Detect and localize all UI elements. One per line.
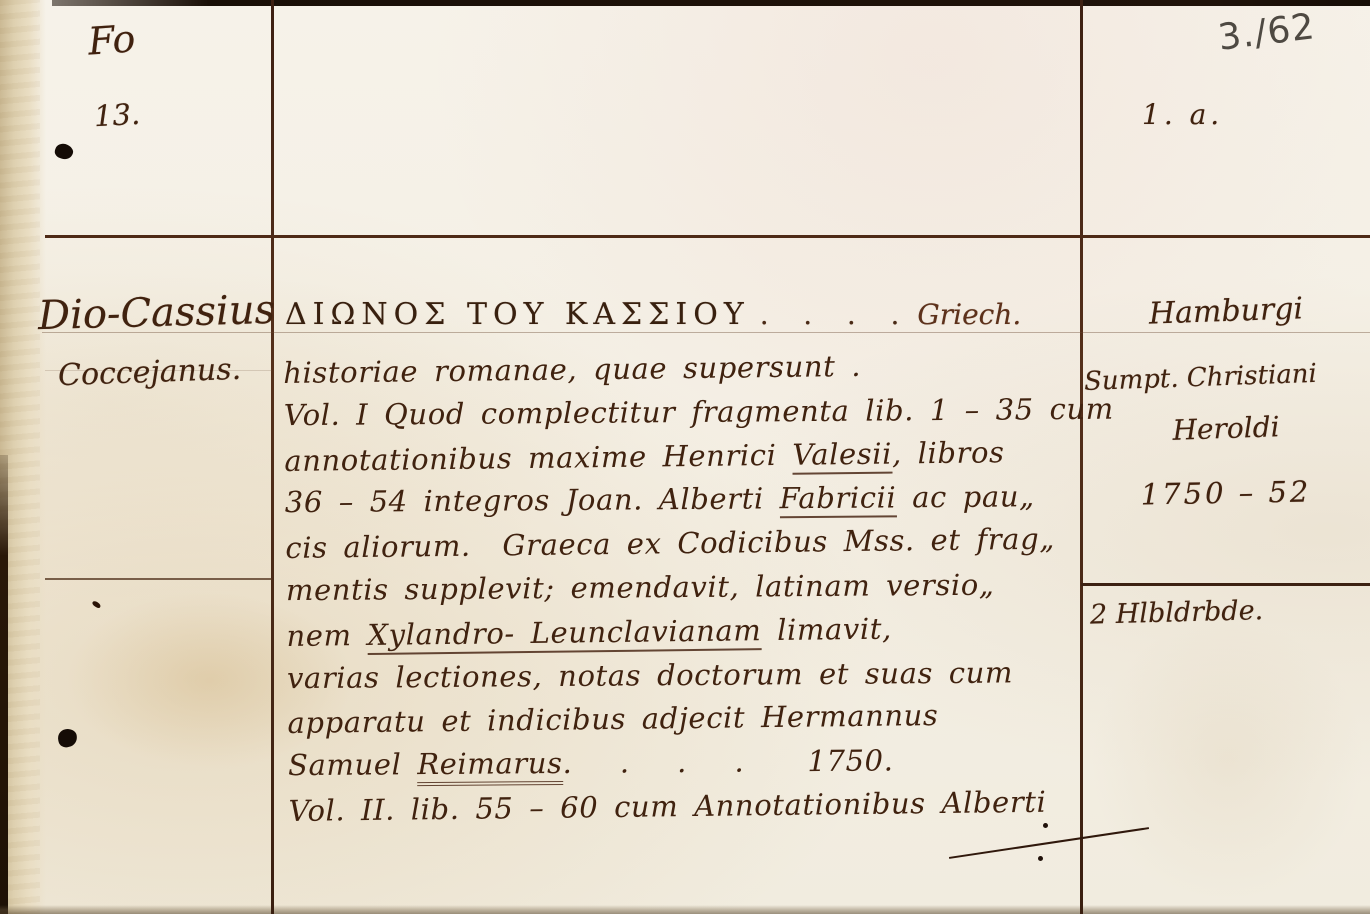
imprint-publisher-name: Heroldi [1082,407,1370,450]
entry-line: Samuel Reimarus. . . . 1750. [288,738,1118,788]
entry-line: mentis supplevit; emendavit, latinam ver… [286,563,1116,613]
entry-line: varias lectiones, notas doctorum et suas… [287,650,1117,700]
greek-title: ΔΙΩΝΟΣ ΤΟΥ ΚΑΣΣΙΟΥ [285,297,750,332]
check-flourish-stroke [949,827,1149,859]
check-flourish-dot [1038,856,1043,861]
leader-dots: . . . . [760,298,902,331]
imprint-publisher: Sumpt. Christiani [1082,357,1370,397]
author-cell-rule [45,578,272,580]
column-rule-left [271,0,274,914]
folio-number: 13. [93,97,141,133]
ink-blot-bottom [56,727,78,749]
binding-note: 2 Hlbldrbde. [1082,592,1370,631]
bottom-paper-edge [0,905,1370,914]
imprint-cell-rule [1081,583,1370,586]
author-name-line1: Dio-Cassius [37,287,275,339]
ink-shelfmark: 1. a. [1142,98,1223,131]
imprint-place: Hamburgi [1081,289,1370,334]
entry-line: nem Xylandro- Leunclavianam limavit, [286,605,1117,659]
entry-text-block: historiae romanae, quae supersunt . Vol.… [283,342,1119,834]
catalog-card-page: Fo 13. 3./62 1. a. Dio-Cassius Coccejanu… [0,0,1370,914]
check-flourish-dot [1043,823,1048,828]
entry-line: Vol. I Quod complectitur fragmenta lib. … [284,387,1114,437]
folio-label: Fo [87,16,137,63]
author-name-line2: Coccejanus. [57,352,241,393]
language-note: Griech. [917,298,1021,331]
paper-stain [1090,615,1365,905]
title-heading-line: ΔΙΩΝΟΣ ΤΟΥ ΚΑΣΣΙΟΥ . . . . Griech. [285,297,1021,332]
entry-line: 36 – 54 integros Joan. Alberti Fabricii … [285,475,1115,525]
top-paper-edge [52,0,1370,6]
stray-ink-mark [91,600,101,609]
header-row-rule [45,235,1370,238]
entry-line: Vol. II. lib. 55 – 60 cum Annotationibus… [288,780,1119,834]
ink-blot-top [53,142,75,162]
pencil-shelfmark: 3./62 [1216,6,1318,59]
imprint-years: 1750 – 52 [1082,473,1370,512]
left-paper-edge [0,455,8,914]
